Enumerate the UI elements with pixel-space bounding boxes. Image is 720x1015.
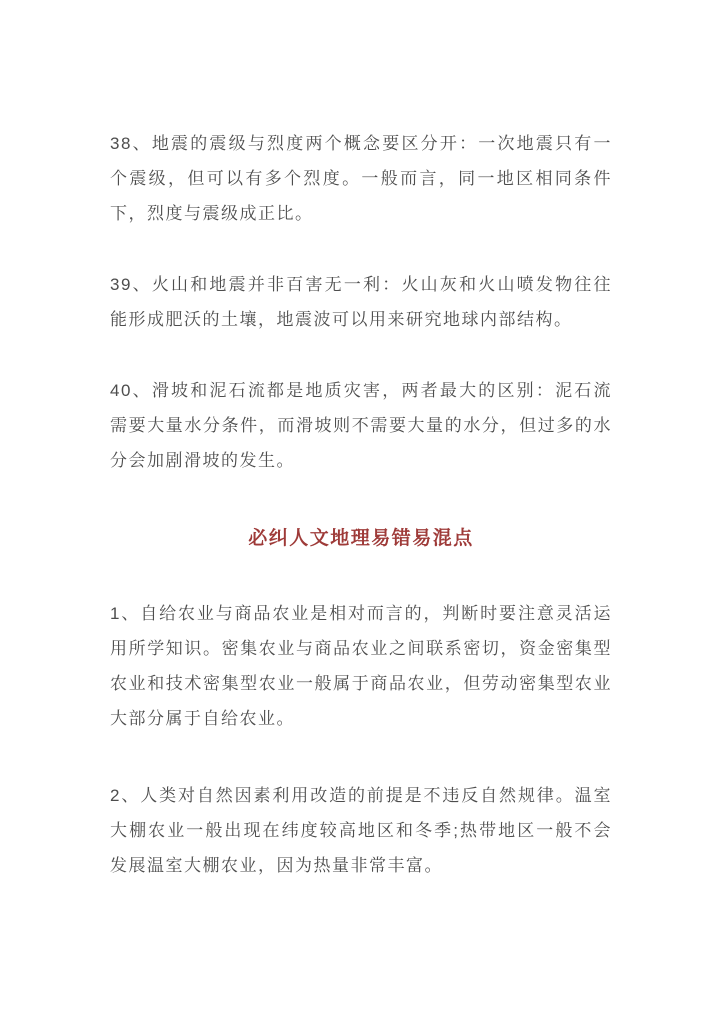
- paragraph-item-38: 38、地震的震级与烈度两个概念要区分开：一次地震只有一个震级，但可以有多个烈度。…: [110, 126, 612, 231]
- section-paragraph-item-1: 1、自给农业与商品农业是相对而言的，判断时要注意灵活运用所学知识。密集农业与商品…: [110, 596, 612, 736]
- paragraph-item-39: 39、火山和地震并非百害无一利：火山灰和火山喷发物往往能形成肥沃的土壤，地震波可…: [110, 267, 612, 337]
- section-paragraph-item-2: 2、人类对自然因素利用改造的前提是不违反自然规律。温室大棚农业一般出现在纬度较高…: [110, 778, 612, 883]
- document-content: 38、地震的震级与烈度两个概念要区分开：一次地震只有一个震级，但可以有多个烈度。…: [110, 126, 612, 925]
- section-body: 1、自给农业与商品农业是相对而言的，判断时要注意灵活运用所学知识。密集农业与商品…: [110, 596, 612, 883]
- section-heading: 必纠人文地理易错易混点: [110, 524, 612, 554]
- paragraph-item-40: 40、滑坡和泥石流都是地质灾害，两者最大的区别：泥石流需要大量水分条件，而滑坡则…: [110, 373, 612, 478]
- document-page: 38、地震的震级与烈度两个概念要区分开：一次地震只有一个震级，但可以有多个烈度。…: [0, 0, 720, 1015]
